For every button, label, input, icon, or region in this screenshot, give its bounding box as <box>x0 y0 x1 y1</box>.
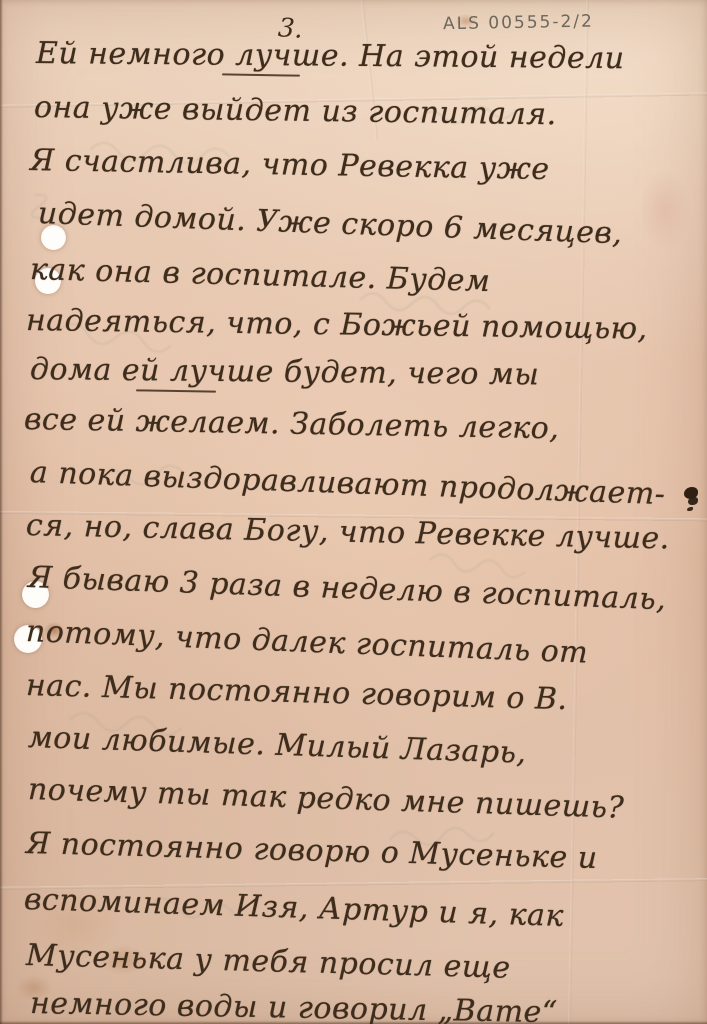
letter-line: немного воды и говорил „Вате“ <box>30 986 558 1024</box>
letter-line: потому, что далек госпиталь от <box>25 614 589 671</box>
word-underline <box>136 389 216 392</box>
letter-page: ALS 00555-2/2 3. Ей немного лучше. На эт… <box>0 0 707 1024</box>
letter-line: надеяться, что, с Божьей помощью, <box>26 303 648 347</box>
letter-line: почему ты так редко мне пишешь? <box>27 772 624 826</box>
letter-line: Ей немного лучше. На этой недели <box>36 36 625 76</box>
stain <box>640 170 690 250</box>
letter-line: ся, но, слава Богу, что Ревекке лучше. <box>26 508 670 556</box>
paper-edge-left <box>0 0 3 1024</box>
letter-line: а пока выздоравливают продолжает- <box>29 455 666 512</box>
letter-line: как она в госпитале. Будем <box>30 252 491 299</box>
letter-line: идет домой. Уже скоро 6 месяцев, <box>37 196 623 251</box>
letter-line: Я счастлива, что Ревекка уже <box>30 143 550 187</box>
letter-line: Я постоянно говорю о Мусеньке и <box>26 826 598 876</box>
letter-line: она уже выйдет из госпиталя. <box>34 90 557 132</box>
letter-line: дома ей лучше будет, чего мы <box>30 352 540 392</box>
archive-label: ALS 00555-2/2 <box>443 10 693 34</box>
letter-line: нас. Мы постоянно говорим о В. <box>26 668 568 717</box>
letter-line: все ей желаем. Заболеть легко, <box>24 402 560 446</box>
letter-line: мои любимые. Милый Лазарь, <box>27 720 527 771</box>
word-underline <box>222 73 300 76</box>
letter-line: Я бываю 3 раза в неделю в госпиталь, <box>27 560 666 617</box>
ink-blot <box>684 487 698 499</box>
letter-line: Мусенька у тебя просил еще <box>26 938 512 986</box>
